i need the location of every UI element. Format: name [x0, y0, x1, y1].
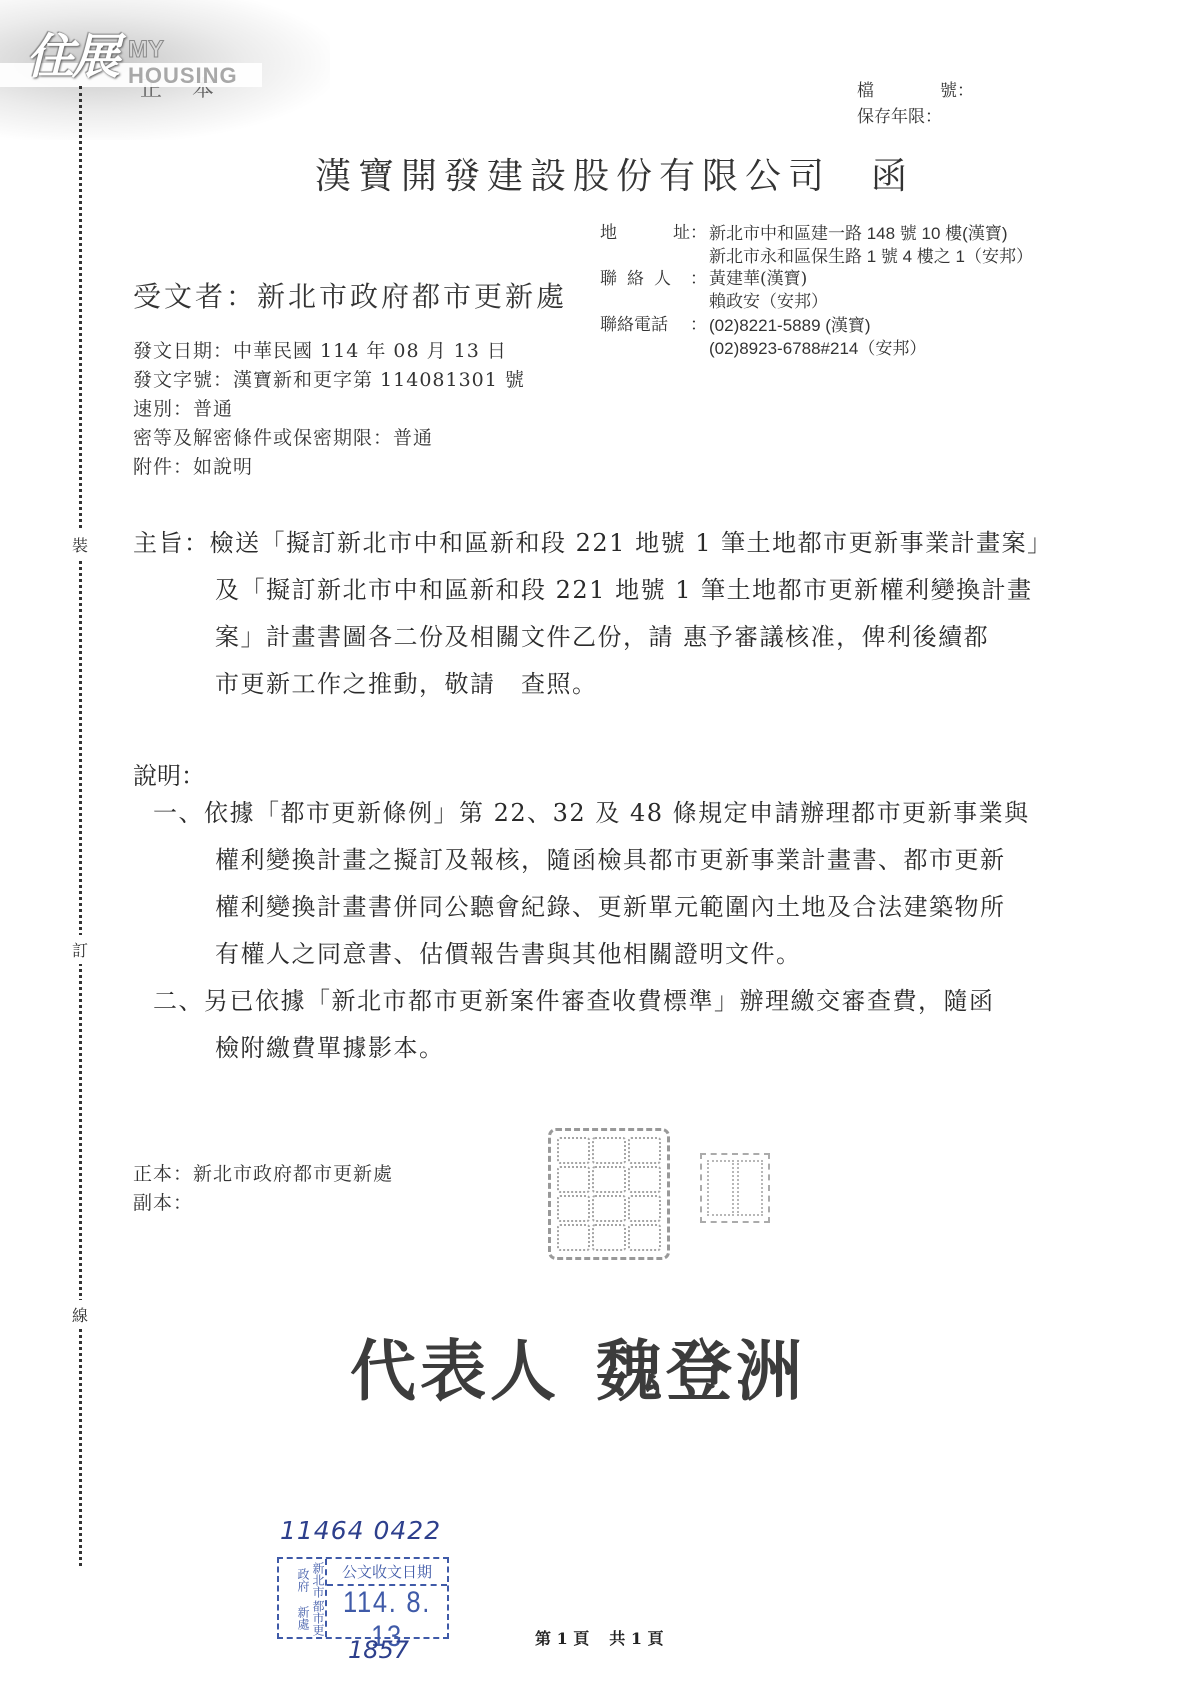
address-row: 地 址 ： 新北市中和區建一路 148 號 10 樓(漢寶): [600, 222, 1033, 245]
address-row-2: 新北市永和區保生路 1 號 4 樓之 1（安邦）: [600, 245, 1033, 268]
seal-glyph: [557, 1224, 590, 1251]
seal-glyph: [592, 1195, 625, 1222]
watermark-logo-zh: 住展: [26, 18, 118, 87]
issue-date-value: 中華民國 114 年 08 月 13 日: [233, 340, 507, 362]
secrecy-row: 密等及解密條件或保密期限：普通: [133, 424, 525, 453]
address-label: 地 址: [600, 222, 690, 245]
address-label-char-1: 地: [600, 222, 617, 245]
seal-glyph: [628, 1166, 661, 1193]
explanation-item-2-line-2: 檢附繳費單據影本。: [153, 1025, 1093, 1072]
subject-line-3: 案」計畫書圖各二份及相關文件乙份，請 惠予審議核准，俾利後續都: [133, 614, 1093, 661]
secrecy-label: 密等及解密條件或保密期限：: [133, 427, 393, 449]
colon: ：: [690, 268, 707, 291]
subject-line-4: 市更新工作之推動，敬請 查照。: [133, 661, 1093, 708]
seal-glyph: [592, 1166, 625, 1193]
copy-label: 副本：: [133, 1192, 193, 1214]
org-col-2: 都市更新處: [279, 1599, 325, 1637]
seal-glyph: [628, 1137, 661, 1164]
item-marker-1: 一、: [153, 799, 204, 827]
copy-recipient-row: 副本：: [133, 1189, 393, 1218]
contact-person-row-2: 賴政安（安邦）: [600, 291, 1033, 314]
spacer: [690, 291, 707, 314]
total-pages: 共 1 頁: [609, 1629, 663, 1648]
spacer: [690, 245, 707, 268]
seal-glyph: [628, 1195, 661, 1222]
attachment-value: 如說明: [193, 456, 253, 478]
doc-number-value: 漢寶新和更字第 114081301 號: [233, 369, 525, 391]
retention-row: 保存年限：: [857, 104, 974, 130]
receipt-stamp-header: 公文收文日期: [327, 1559, 447, 1586]
attachment-label: 附件：: [133, 456, 193, 478]
seal-glyph: [592, 1137, 625, 1164]
retention-label: 保存年限：: [857, 104, 942, 130]
binding-mark-zhuang: 裝: [67, 530, 93, 559]
doc-number-label: 發文字號：: [133, 369, 233, 391]
binding-mark-ding: 訂: [67, 935, 93, 964]
explanation-label: 說明：: [133, 756, 205, 791]
spacer: [600, 291, 690, 314]
recipient-label: 受文者：: [133, 280, 257, 313]
archive-label-char-2: 號: [940, 78, 957, 104]
seal-glyph: [592, 1224, 625, 1251]
explanation-item-1-line-1: 一、依據「都市更新條例」第 22、32 及 48 條規定申請辦理都市更新事業與: [153, 790, 1093, 837]
explanation-item-2-line-1: 二、另已依據「新北市都市更新案件審查收費標準」辦理繳交審查費，隨函: [153, 978, 1093, 1025]
item-2-text-1: 另已依據「新北市都市更新案件審查收費標準」辦理繳交審查費，隨函: [204, 987, 995, 1015]
speed-value: 普通: [193, 398, 233, 420]
speed-row: 速別：普通: [133, 395, 525, 424]
seal-glyph: [707, 1160, 734, 1216]
contact-block: 地 址 ： 新北市中和區建一路 148 號 10 樓(漢寶) 新北市永和區保生路…: [600, 222, 1033, 360]
speed-label: 速別：: [133, 398, 193, 420]
archive-label-char-1: 檔: [857, 78, 874, 104]
phone-2: (02)8923-6788#214（安邦）: [707, 337, 926, 360]
archive-number-row: 檔 號 ：: [857, 78, 974, 104]
watermark-logo-housing: HOUSING: [128, 63, 238, 89]
colon: ：: [957, 78, 974, 104]
spacer: [600, 245, 690, 268]
address-label-char-2: 址: [673, 222, 690, 245]
original-recipient-row: 正本：新北市政府都市更新處: [133, 1160, 393, 1189]
subject-text-1: 檢送「擬訂新北市中和區新和段 221 地號 1 筆土地都市更新事業計畫案」: [210, 529, 1053, 557]
colon: ：: [690, 314, 707, 337]
handwritten-serial-number: 1857: [348, 1636, 409, 1664]
file-metadata: 檔 號 ： 保存年限：: [857, 78, 974, 130]
seal-glyph: [628, 1224, 661, 1251]
subject-section: 主旨：檢送「擬訂新北市中和區新和段 221 地號 1 筆土地都市更新事業計畫案」…: [133, 520, 1093, 708]
issue-date-row: 發文日期：中華民國 114 年 08 月 13 日: [133, 337, 525, 366]
archive-number-label: 檔 號: [857, 78, 957, 104]
contact-person-row: 聯絡人 ： 黃建華(漢寶): [600, 268, 1033, 291]
representative-name: 魏登洲: [596, 1333, 806, 1410]
representative-title: 代表人: [350, 1333, 560, 1410]
binding-mark-xian: 線: [67, 1300, 93, 1329]
original-label: 正本：: [133, 1163, 193, 1185]
distribution: 正本：新北市政府都市更新處 副本：: [133, 1160, 393, 1218]
recipient: 受文者：新北市政府都市更新處: [133, 275, 567, 315]
explanation-item-1-line-4: 有權人之同意書、估價報告書與其他相關證明文件。: [153, 931, 1093, 978]
document-info: 發文日期：中華民國 114 年 08 月 13 日 發文字號：漢寶新和更字第 1…: [133, 337, 525, 482]
handwritten-reference-number: 11464 0422: [280, 1516, 441, 1545]
explanation-item-1-line-2: 權利變換計畫之擬訂及報核，隨函檢具都市更新事業計畫書、都市更新: [153, 837, 1093, 884]
org-col-1: 新北市政府: [279, 1561, 325, 1599]
document-type: 函: [871, 156, 914, 197]
item-marker-2: 二、: [153, 987, 204, 1015]
spacer: [600, 337, 690, 360]
contact-person-2: 賴政安（安邦）: [707, 291, 828, 314]
phone-1: (02)8221-5889 (漢寶): [707, 314, 871, 337]
issue-date-label: 發文日期：: [133, 340, 233, 362]
attachment-row: 附件：如說明: [133, 453, 525, 482]
item-1-text-1: 依據「都市更新條例」第 22、32 及 48 條規定申請辦理都市更新事業與: [204, 799, 1030, 827]
binding-dotted-line: [79, 86, 82, 1566]
secrecy-value: 普通: [393, 427, 433, 449]
subject-line-2: 及「擬訂新北市中和區新和段 221 地號 1 筆土地都市更新權利變換計畫: [133, 567, 1093, 614]
contact-person-1: 黃建華(漢寶): [707, 268, 807, 291]
page-number: 第 1 頁共 1 頁: [535, 1626, 664, 1649]
phone-label: 聯絡電話: [600, 314, 690, 337]
company-name: 漢寶開發建設股份有限公司: [315, 156, 831, 197]
document-title: 漢寶開發建設股份有限公司函: [315, 148, 914, 199]
explanation-item-1-line-3: 權利變換計畫書併同公聽會紀錄、更新單元範圍內土地及合法建築物所: [153, 884, 1093, 931]
company-seal-stamp: [548, 1128, 670, 1260]
receipt-stamp-organization: 新北市政府 都市更新處: [279, 1559, 327, 1637]
current-page: 第 1 頁: [535, 1629, 589, 1648]
original-value: 新北市政府都市更新處: [193, 1163, 393, 1185]
recipient-value: 新北市政府都市更新處: [257, 280, 567, 313]
colon: ：: [690, 222, 707, 245]
seal-glyph: [557, 1137, 590, 1164]
contact-person-label: 聯絡人: [600, 268, 690, 291]
address-line-1: 新北市中和區建一路 148 號 10 樓(漢寶): [707, 222, 1008, 245]
receipt-date-stamp: 新北市政府 都市更新處 公文收文日期 114. 8. 13: [277, 1557, 449, 1639]
representative-seal-stamp: [700, 1153, 770, 1223]
spacer: [690, 337, 707, 360]
watermark-logo-my: MY: [128, 36, 164, 64]
subject-label: 主旨：: [133, 529, 210, 557]
address-line-2: 新北市永和區保生路 1 號 4 樓之 1（安邦）: [707, 245, 1033, 268]
representative-signature: 代表人魏登洲: [350, 1318, 806, 1413]
phone-row: 聯絡電話 ： (02)8221-5889 (漢寶): [600, 314, 1033, 337]
subject-line-1: 主旨：檢送「擬訂新北市中和區新和段 221 地號 1 筆土地都市更新事業計畫案」: [133, 520, 1093, 567]
seal-glyph: [737, 1160, 764, 1216]
seal-glyph: [557, 1195, 590, 1222]
explanation-list: 一、依據「都市更新條例」第 22、32 及 48 條規定申請辦理都市更新事業與 …: [153, 790, 1093, 1072]
phone-row-2: (02)8923-6788#214（安邦）: [600, 337, 1033, 360]
receipt-stamp-body: 公文收文日期 114. 8. 13: [327, 1559, 447, 1637]
doc-number-row: 發文字號：漢寶新和更字第 114081301 號: [133, 366, 525, 395]
seal-glyph: [557, 1166, 590, 1193]
